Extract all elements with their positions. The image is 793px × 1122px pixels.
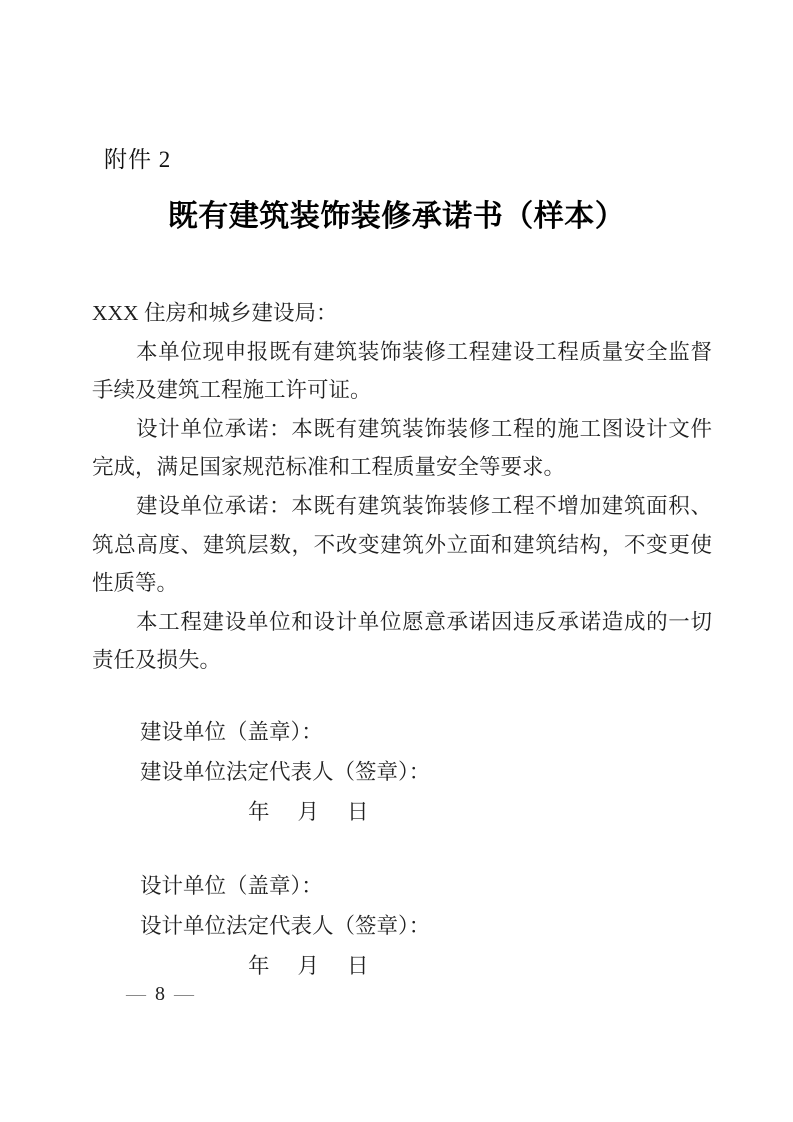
paragraph-2-line-1: 设计单位承诺：本既有建筑装饰装修工程的施工图设计文件已 [92, 410, 712, 449]
document-body: XXX 住房和城乡建设局： 本单位现申报既有建筑装饰装修工程建设工程质量安全监督… [92, 294, 712, 680]
page-number: — 8 — [126, 983, 194, 1006]
paragraph-4-line-2: 责任及损失。 [92, 641, 712, 680]
paragraph-3-line-3: 性质等。 [92, 564, 712, 603]
designer-signature-block: 设计单位（盖章）： 设计单位法定代表人（签章）： 年 月 日 [92, 866, 712, 986]
salutation-line: XXX 住房和城乡建设局： [92, 294, 712, 333]
date-month-label: 月 [298, 792, 320, 832]
designer-date-line: 年 月 日 [92, 946, 712, 986]
builder-date-line: 年 月 日 [92, 792, 712, 832]
paragraph-3-line-1: 建设单位承诺：本既有建筑装饰装修工程不增加建筑面积、建 [92, 487, 712, 526]
attachment-label: 附件 2 [104, 141, 171, 174]
builder-unit-seal-line: 建设单位（盖章）： [92, 712, 712, 752]
date-day-label: 日 [347, 792, 369, 832]
document-page: 附件 2 既有建筑装饰装修承诺书（样本） XXX 住房和城乡建设局： 本单位现申… [0, 0, 793, 1122]
page-number-dash-right: — [174, 983, 194, 1006]
paragraph-1-line-2: 手续及建筑工程施工许可证。 [92, 371, 712, 410]
document-title: 既有建筑装饰装修承诺书（样本） [0, 191, 793, 235]
paragraph-4-line-1: 本工程建设单位和设计单位愿意承诺因违反承诺造成的一切 [92, 603, 712, 642]
builder-signature-block: 建设单位（盖章）： 建设单位法定代表人（签章）： 年 月 日 [92, 712, 712, 832]
designer-unit-seal-line: 设计单位（盖章）： [92, 866, 712, 906]
builder-representative-line: 建设单位法定代表人（签章）： [92, 752, 712, 792]
paragraph-1-line-1: 本单位现申报既有建筑装饰装修工程建设工程质量安全监督 [92, 333, 712, 372]
date-month-label: 月 [298, 946, 320, 986]
paragraph-2-line-2: 完成，满足国家规范标准和工程质量安全等要求。 [92, 448, 712, 487]
page-number-dash-left: — [126, 983, 146, 1006]
date-year-label: 年 [248, 792, 270, 832]
date-day-label: 日 [347, 946, 369, 986]
date-year-label: 年 [248, 946, 270, 986]
page-number-value: 8 [155, 983, 165, 1006]
designer-representative-line: 设计单位法定代表人（签章）： [92, 906, 712, 946]
paragraph-3-line-2: 筑总高度、建筑层数，不改变建筑外立面和建筑结构，不变更使用 [92, 526, 712, 565]
